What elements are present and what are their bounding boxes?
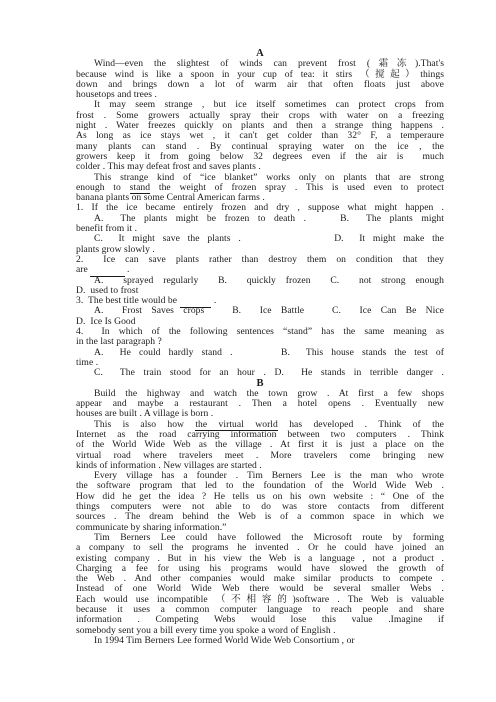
- text-segment: A. The plants might be frozen to death .…: [94, 213, 444, 224]
- document-page: AWind—even the slightest of winds can pr…: [0, 0, 496, 702]
- text-segment: A. Frost Saves crops B. Ice Battle C. Ic…: [94, 305, 444, 316]
- text-line: A. He could hardly stand . B. This house…: [76, 348, 444, 358]
- text-segment: A. sprayed regularly B. quickly frozen C…: [94, 275, 444, 286]
- text-line: In 1994 Tim Berners Lee formed World Wid…: [76, 636, 444, 646]
- text-line: 2. Ice can save plants rather than destr…: [76, 255, 444, 265]
- text-segment: C. The train stood for an hour . D. He s…: [94, 367, 444, 378]
- text-segment: 2. Ice can save plants rather than destr…: [76, 254, 444, 265]
- text-block: AWind—even the slightest of winds can pr…: [76, 49, 444, 646]
- text-segment: are: [76, 264, 90, 275]
- text-segment: A. He could hardly stand . B. This house…: [94, 347, 444, 358]
- text-segment: In 1994 Tim Berners Lee formed World Wid…: [94, 635, 355, 646]
